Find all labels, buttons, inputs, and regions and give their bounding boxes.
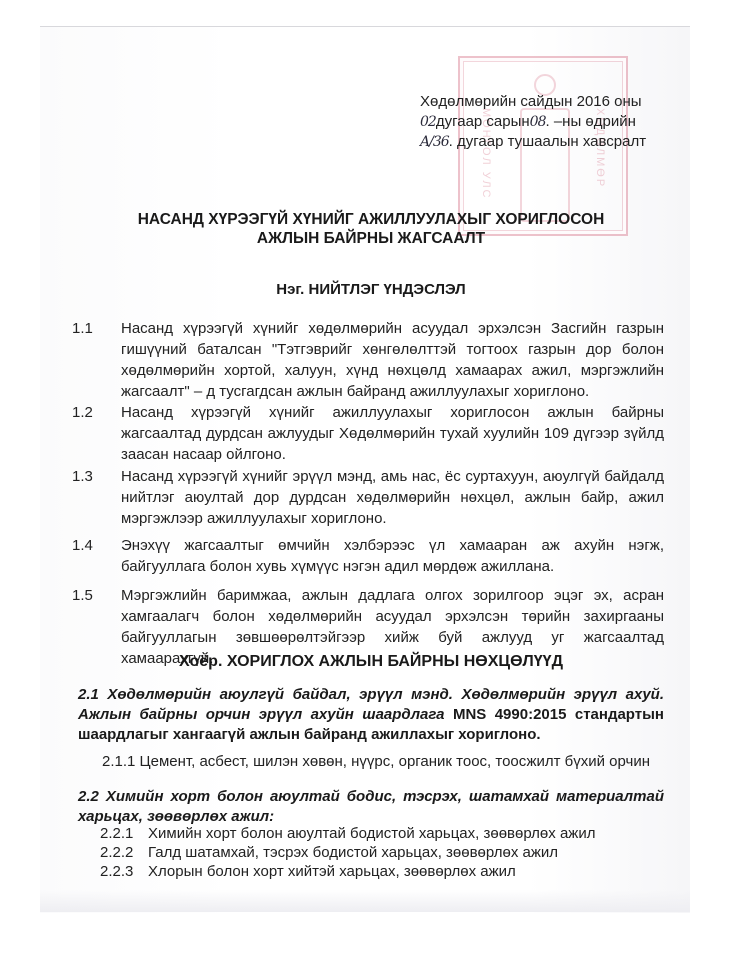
item-text: Энэхүү жагсаалтыг өмчийн хэлбэрээс үл ха… xyxy=(121,535,664,577)
item-number: 2.2.2 xyxy=(100,842,148,863)
approval-line-2-text: дугаар сарын xyxy=(436,113,530,130)
item-number: 1.1 xyxy=(72,318,93,339)
list-item-2-2-3: 2.2.3Хлорын болон хорт хийтэй харьцах, з… xyxy=(100,861,516,882)
item-number: 2.2.3 xyxy=(100,861,148,882)
handwritten-order-number: A/36 xyxy=(420,134,449,150)
approval-line-2-end: . –ны өдрийн xyxy=(546,113,636,130)
item-text: Насанд хүрээгүй хүнийг эрүүл мэнд, амь н… xyxy=(121,466,664,529)
list-item-1-2: 1.2 Насанд хүрээгүй хүнийг ажиллуулахыг … xyxy=(72,402,664,465)
list-item-1-4: 1.4 Энэхүү жагсаалтыг өмчийн хэлбэрээс ү… xyxy=(72,535,664,577)
item-text: Насанд хүрээгүй хүнийг хөдөлмөрийн асууд… xyxy=(121,318,664,402)
list-item-1-1: 1.1 Насанд хүрээгүй хүнийг хөдөлмөрийн а… xyxy=(72,318,664,402)
item-text: Химийн хорт болон аюултай бодистой харьц… xyxy=(148,825,595,842)
item-number: 1.4 xyxy=(72,535,93,556)
item-text: Насанд хүрээгүй хүнийг ажиллуулахыг хори… xyxy=(121,402,664,465)
title-line-2: АЖЛЫН БАЙРНЫ ЖАГСААЛТ xyxy=(0,229,742,248)
item-number: 1.5 xyxy=(72,585,93,606)
list-item-2-2-1: 2.2.1Химийн хорт болон аюултай бодистой … xyxy=(100,823,595,844)
section-2-heading: Хоёр. ХОРИГЛОХ АЖЛЫН БАЙРНЫ НӨХЦӨЛҮҮД xyxy=(0,653,742,671)
section-1-heading: Нэг. НИЙТЛЭГ ҮНДЭСЛЭЛ xyxy=(0,281,742,298)
item-number: 1.2 xyxy=(72,402,93,423)
approval-line-1: Хөдөлмөрийн сайдын 2016 оны xyxy=(420,92,646,112)
paragraph-2-1: 2.1 Хөдөлмөрийн аюулгүй байдал, эрүүл мэ… xyxy=(78,685,664,745)
document-title: НАСАНД ХҮРЭЭГҮЙ ХҮНИЙГ АЖИЛЛУУЛАХЫГ ХОРИ… xyxy=(0,210,742,248)
handwritten-month: 02 xyxy=(420,114,436,130)
item-number: 1.3 xyxy=(72,466,93,487)
list-item-2-2-2: 2.2.2Галд шатамхай, тэсрэх бодистой харь… xyxy=(100,842,558,863)
approval-note: Хөдөлмөрийн сайдын 2016 оны 02дугаар сар… xyxy=(420,92,646,152)
list-item-1-3: 1.3 Насанд хүрээгүй хүнийг эрүүл мэнд, а… xyxy=(72,466,664,529)
title-line-1: НАСАНД ХҮРЭЭГҮЙ ХҮНИЙГ АЖИЛЛУУЛАХЫГ ХОРИ… xyxy=(0,210,742,229)
list-item-2-1-1: 2.1.1 Цемент, асбест, шилэн хөвөн, нүүрс… xyxy=(102,751,650,772)
approval-line-2: 02дугаар сарын08. –ны өдрийн xyxy=(420,112,646,132)
item-text: Галд шатамхай, тэсрэх бодистой харьцах, … xyxy=(148,844,558,861)
item-text: Хлорын болон хорт хийтэй харьцах, зөөвөр… xyxy=(148,863,516,880)
handwritten-day: 08 xyxy=(530,114,546,130)
approval-line-3: A/36. дугаар тушаалын хавсралт xyxy=(420,132,646,152)
item-number: 2.2.1 xyxy=(100,823,148,844)
approval-line-3-text: . дугаар тушаалын хавсралт xyxy=(449,133,646,150)
page-bottom-shadow xyxy=(40,890,690,912)
paragraph-2-2: 2.2 Химийн хорт болон аюултай бодис, тэс… xyxy=(78,787,664,827)
